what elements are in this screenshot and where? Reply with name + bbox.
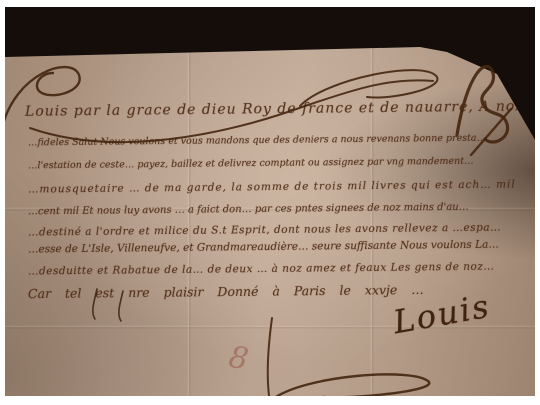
manuscript-line-2: …fideles Salut Nous voulons et vous mand… — [28, 133, 486, 149]
manuscript-line-9: Car tel est nre plaisir Donné à Paris le… — [28, 282, 424, 301]
manuscript-line-6: …destiné a l'ordre et milice du S.t Espr… — [28, 222, 501, 239]
manuscript-line-4: …mousquetaire … de ma garde, la somme de… — [28, 178, 516, 195]
fold-crease — [187, 7, 191, 396]
manuscript-line-5: …cent mil Et nous luy avons … a faict do… — [28, 202, 469, 218]
manuscript-line-1: Louis par la grace de dieu Roy de france… — [25, 98, 535, 119]
photo-dark-field: Louis par la grace de dieu Roy de france… — [5, 7, 535, 396]
manuscript-line-3: …l'estation de ceste… payez, baillez et … — [28, 156, 474, 172]
parchment-sheet: Louis par la grace de dieu Roy de france… — [5, 7, 535, 396]
photo-of-manuscript: Louis par la grace de dieu Roy de france… — [0, 0, 540, 405]
manuscript-line-8: …desduitte et Rabatue de la… de deux … à… — [28, 261, 494, 278]
red-inventory-mark: 8 — [226, 340, 251, 378]
fold-crease — [370, 7, 374, 396]
manuscript-line-7: …esse de L'Isle, Villeneufve, et Grandma… — [28, 239, 499, 256]
